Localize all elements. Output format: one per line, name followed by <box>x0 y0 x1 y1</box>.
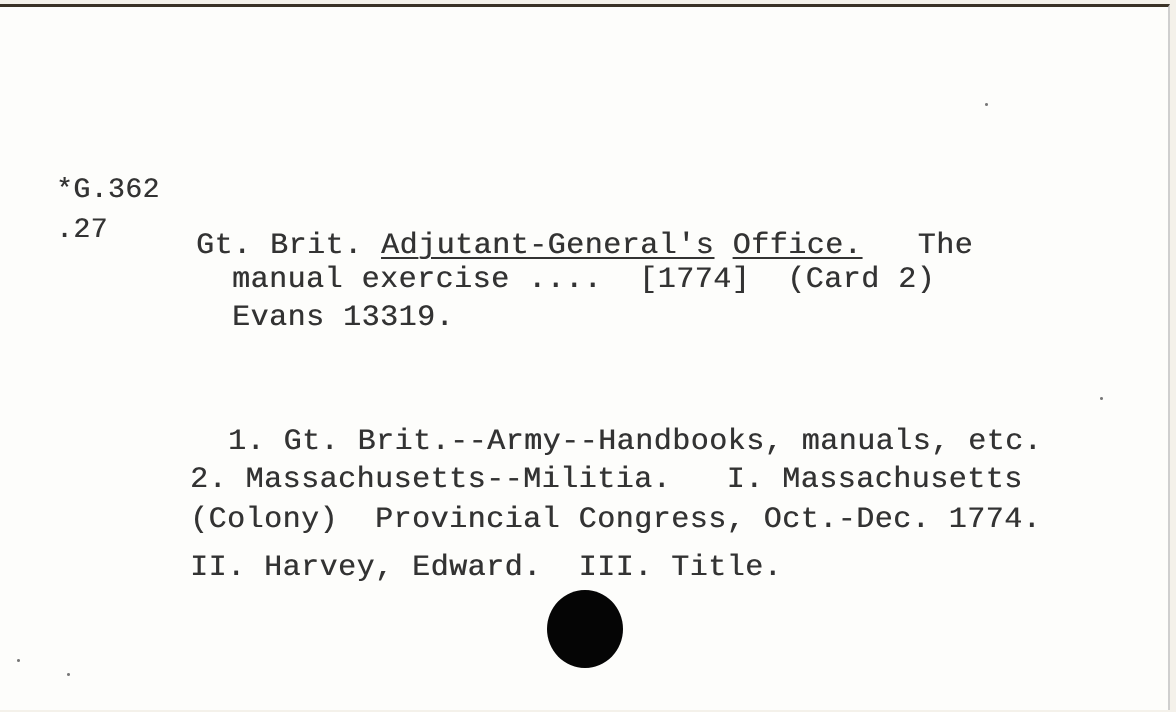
heading-space <box>714 229 733 263</box>
catalog-card: *G.362 .27 Gt. Brit. Adjutant-General's … <box>0 4 1170 710</box>
tracing-line-2: 2. Massachusetts--Militia. I. Massachuse… <box>190 463 1023 497</box>
call-number-line-2: .27 <box>56 215 108 246</box>
speck <box>67 673 70 676</box>
tracing-line-4: II. Harvey, Edward. III. Title. <box>190 551 782 585</box>
tracing-line-1: 1. Gt. Brit.--Army--Handbooks, manuals, … <box>228 425 1042 459</box>
title-line: manual exercise .... [1774] (Card 2) <box>232 263 935 297</box>
punch-hole <box>547 590 623 668</box>
speck <box>985 103 988 106</box>
bibliographic-note: Evans 13319. <box>232 301 454 335</box>
speck <box>1100 397 1103 400</box>
heading-corporate-body: Adjutant-General's <box>381 229 714 263</box>
tracing-line-3: (Colony) Provincial Congress, Oct.-Dec. … <box>190 503 1041 537</box>
heading-prefix: Gt. Brit. <box>196 229 381 263</box>
speck <box>17 659 20 662</box>
call-number-line-1: *G.362 <box>56 175 160 206</box>
main-entry-heading: Gt. Brit. Adjutant-General's Office. The <box>196 229 973 263</box>
title-start: The <box>862 229 973 263</box>
heading-office: Office. <box>733 229 863 263</box>
